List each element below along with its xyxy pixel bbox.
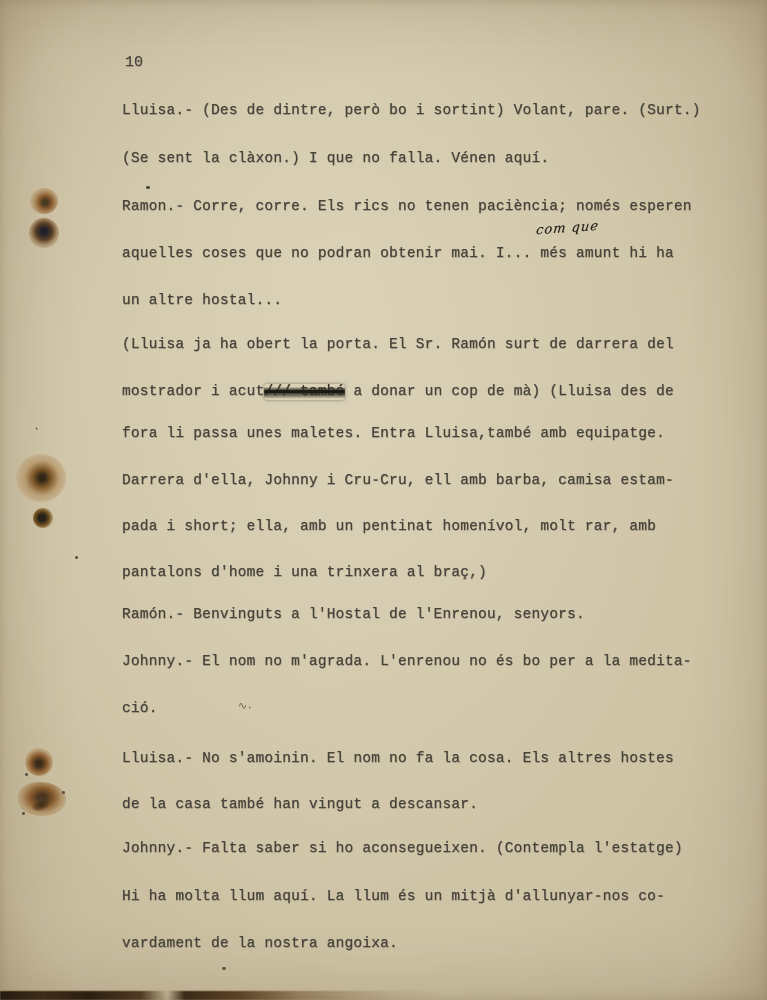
paper-speck: [22, 812, 25, 815]
typescript-line: pada i short; ella, amb un pentinat home…: [122, 518, 656, 537]
rust-stain: [18, 782, 66, 816]
paper-speck: [222, 967, 226, 970]
typed-text: Darrera d'ella, Johnny i Cru-Cru, ell am…: [122, 473, 674, 489]
paper-speck: [75, 556, 78, 559]
typescript-line: Ramón.- Benvinguts a l'Hostal de l'Enren…: [122, 606, 585, 625]
typed-text: Johnny.- Falta saber si ho aconsegueixen…: [122, 841, 683, 857]
margin-dot: ·: [33, 422, 40, 436]
typed-text: Ramon.- Corre, corre. Els rics no tenen …: [122, 199, 692, 215]
typed-text: (Se sent la clàxon.) I que no falla. Vén…: [122, 151, 549, 167]
typescript-line: Lluisa.- (Des de dintre, però bo i sorti…: [122, 102, 701, 121]
rust-stain: [31, 797, 51, 813]
typed-text: mostrador i acut: [122, 384, 264, 400]
paper-speck: [25, 773, 28, 776]
rust-stain: [33, 508, 53, 528]
typed-text: Ramón.- Benvinguts a l'Hostal de l'Enren…: [122, 607, 585, 623]
typed-text: de la casa també han vingut a descansar.: [122, 797, 478, 813]
typescript-line: ció.: [122, 700, 158, 719]
handwritten-insert: com que: [535, 219, 599, 239]
typescript-line: mostrador i acut/// també a donar un cop…: [122, 383, 674, 402]
typed-text: Lluisa.- (Des de dintre, però bo i sorti…: [122, 103, 701, 119]
typescript-line: Hi ha molta llum aquí. La llum és un mit…: [122, 888, 665, 907]
typescript-line: Ramon.- Corre, corre. Els rics no tenen …: [122, 198, 692, 217]
typescript-line: de la casa també han vingut a descansar.: [122, 796, 478, 815]
typed-text: pantalons d'home i una trinxera al braç,…: [122, 565, 487, 581]
struck-text: /// també: [264, 384, 344, 400]
typed-text: Hi ha molta llum aquí. La llum és un mit…: [122, 889, 665, 905]
typed-text: pada i short; ella, amb un pentinat home…: [122, 519, 656, 535]
rust-stain: [16, 454, 66, 502]
rust-stain: [29, 218, 59, 248]
typescript-line: fora li passa unes maletes. Entra Lluisa…: [122, 425, 665, 444]
typescript-line: Darrera d'ella, Johnny i Cru-Cru, ell am…: [122, 472, 674, 491]
rust-stain: [30, 188, 58, 214]
typescript-line: vardament de la nostra angoixa.: [122, 935, 398, 954]
typescript-line: aquelles coses que no podran obtenir mai…: [122, 245, 674, 264]
typed-text: fora li passa unes maletes. Entra Lluisa…: [122, 426, 665, 442]
typescript-line: Johnny.- Falta saber si ho aconsegueixen…: [122, 840, 683, 859]
typed-text: un altre hostal...: [122, 293, 282, 309]
paper-speck: [146, 186, 150, 189]
typescript-line: un altre hostal...: [122, 292, 282, 311]
paper-speck: [62, 791, 65, 794]
typescript-page: 10 Lluisa.- (Des de dintre, però bo i so…: [0, 0, 767, 1000]
typescript-line: Lluisa.- No s'amoinin. El nom no fa la c…: [122, 750, 674, 769]
typed-text: vardament de la nostra angoixa.: [122, 936, 398, 952]
typed-text: aquelles coses que no podran obtenir mai…: [122, 246, 674, 262]
typed-text: a donar un cop de mà) (Lluisa des de: [345, 384, 674, 400]
typed-text: (Lluisa ja ha obert la porta. El Sr. Ram…: [122, 337, 674, 353]
rust-stain: [25, 748, 53, 776]
pencil-squiggle: ∿.: [237, 698, 253, 714]
typed-text: Johnny.- El nom no m'agrada. L'enrenou n…: [122, 654, 692, 670]
typed-text: Lluisa.- No s'amoinin. El nom no fa la c…: [122, 751, 674, 767]
page-bottom-edge: [0, 991, 440, 1000]
typescript-line: (Lluisa ja ha obert la porta. El Sr. Ram…: [122, 336, 674, 355]
typescript-line: Johnny.- El nom no m'agrada. L'enrenou n…: [122, 653, 692, 672]
page-number: 10: [125, 54, 143, 71]
typed-text: ció.: [122, 701, 158, 717]
typescript-line: pantalons d'home i una trinxera al braç,…: [122, 564, 487, 583]
typescript-line: (Se sent la clàxon.) I que no falla. Vén…: [122, 150, 549, 169]
